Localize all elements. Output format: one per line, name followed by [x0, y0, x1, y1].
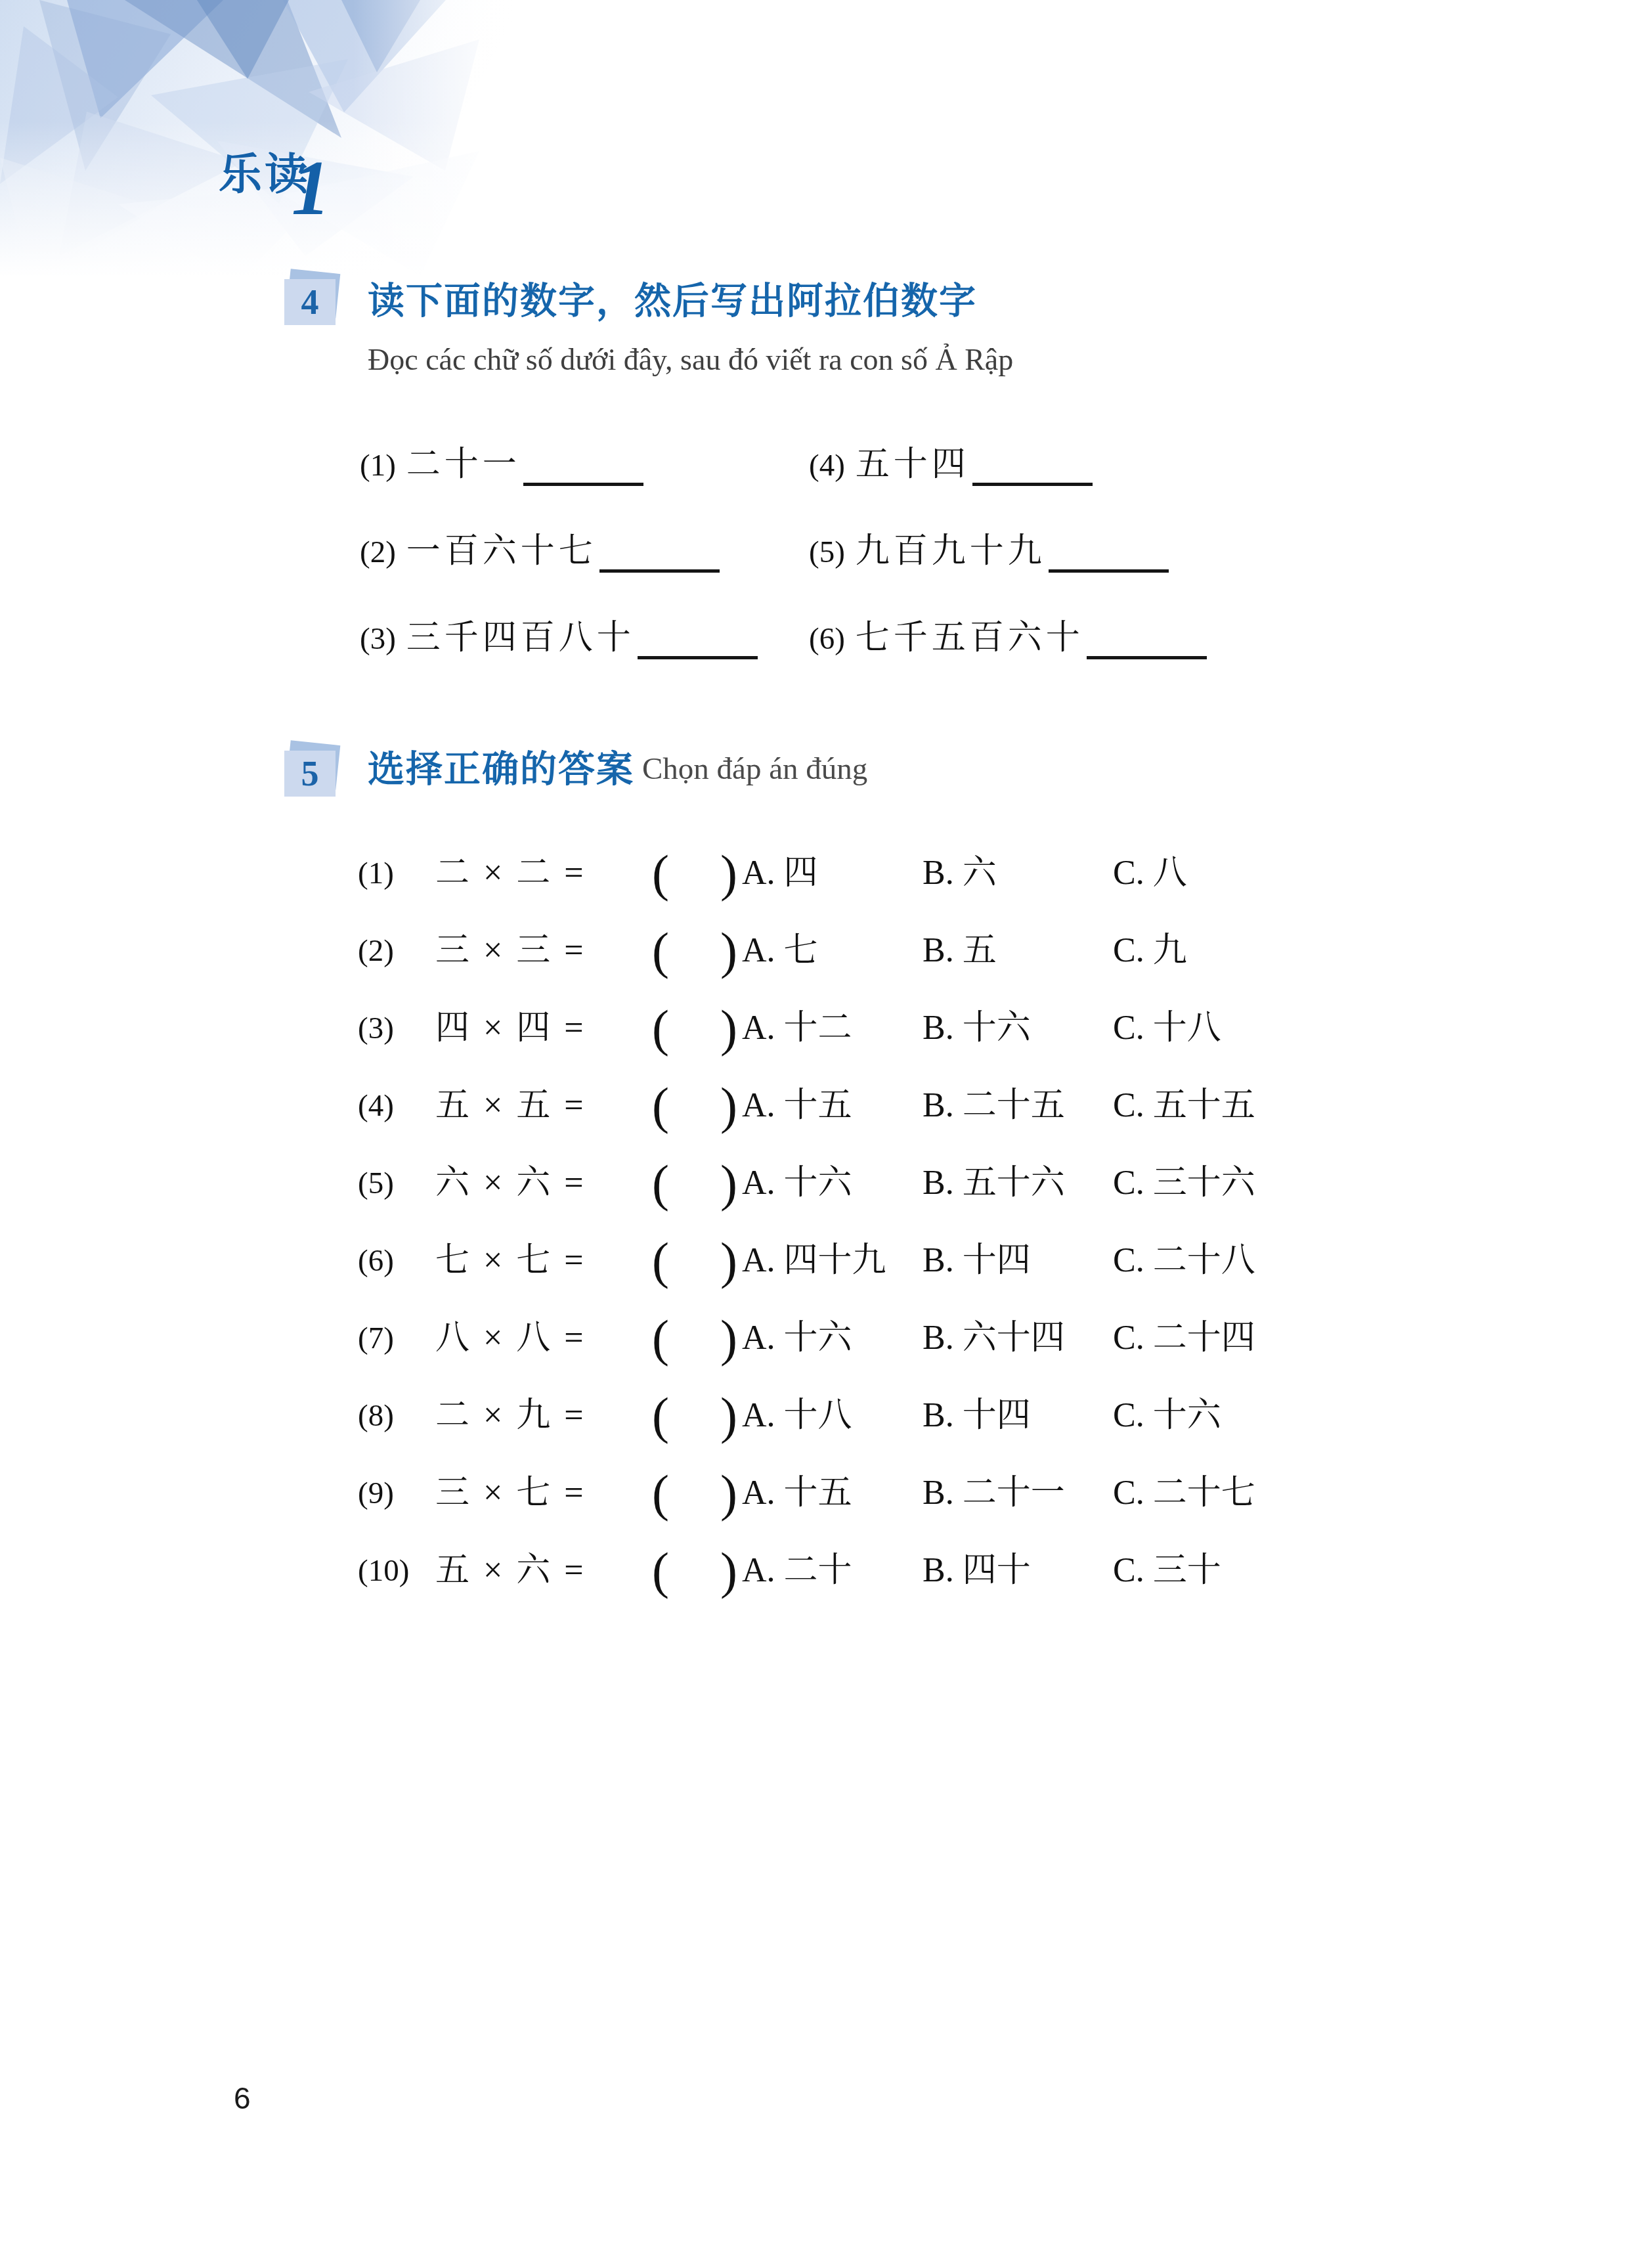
option-b: B. 十四 — [923, 1231, 1031, 1291]
question-number: (9) — [358, 1463, 394, 1524]
item-number: (5) — [809, 535, 845, 569]
exercise4-item: (2)一百六十七 — [360, 521, 720, 582]
exercise5-title-zh: 选择正确的答案 — [368, 736, 634, 802]
answer-blank — [1049, 563, 1169, 573]
item-chinese-number: 九百九十九 — [856, 533, 1046, 570]
option-b: B. 五 — [923, 921, 997, 981]
answer-parentheses: ( ) — [652, 1463, 737, 1524]
answer-blank — [972, 476, 1093, 486]
option-c: C. 九 — [1113, 921, 1187, 981]
question-row: (7) 八 × 八 = ( ) A. 十六 B. 六十四 C. 二十四 — [358, 1308, 1382, 1369]
answer-blank — [599, 563, 720, 573]
question-expression: 三 × 七 = — [435, 1463, 586, 1524]
item-chinese-number: 一百六十七 — [406, 533, 597, 570]
answer-parentheses: ( ) — [652, 1231, 737, 1291]
option-a: A. 四十九 — [742, 1231, 886, 1291]
option-b: B. 六 — [923, 843, 997, 904]
question-number: (4) — [358, 1076, 394, 1136]
exercise4-title-vi: Đọc các chữ số dưới đây, sau đó viết ra … — [368, 337, 1013, 383]
option-a: A. 十五 — [742, 1463, 852, 1524]
item-chinese-number: 三千四百八十 — [406, 619, 635, 657]
question-expression: 七 × 七 = — [435, 1231, 586, 1291]
question-number: (7) — [358, 1308, 394, 1369]
option-a: A. 十六 — [742, 1308, 852, 1369]
question-expression: 二 × 九 = — [435, 1386, 586, 1446]
question-expression: 八 × 八 = — [435, 1308, 586, 1369]
exercise5-title-vi: Chọn đáp án đúng — [642, 736, 867, 802]
question-row: (1) 二 × 二 = ( ) A. 四 B. 六 C. 八 — [358, 843, 1382, 904]
answer-parentheses: ( ) — [652, 843, 737, 904]
exercise4-item: (4)五十四 — [809, 435, 1093, 495]
option-c: C. 二十四 — [1113, 1308, 1255, 1369]
option-a: A. 十八 — [742, 1386, 852, 1446]
answer-parentheses: ( ) — [652, 998, 737, 1059]
option-b: B. 十六 — [923, 998, 1031, 1059]
question-row: (4) 五 × 五 = ( ) A. 十五 B. 二十五 C. 五十五 — [358, 1076, 1382, 1136]
question-number: (8) — [358, 1386, 394, 1446]
option-b: B. 十四 — [923, 1386, 1031, 1446]
answer-parentheses: ( ) — [652, 1308, 737, 1369]
question-row: (3) 四 × 四 = ( ) A. 十二 B. 十六 C. 十八 — [358, 998, 1382, 1059]
art-fade-right — [0, 0, 519, 289]
option-c: C. 二十八 — [1113, 1231, 1255, 1291]
exercise4-item: (6)七千五百六十 — [809, 608, 1207, 669]
item-chinese-number: 二十一 — [406, 446, 521, 483]
badge-front-square: 4 — [284, 279, 336, 325]
exercise4-title-zh: 读下面的数字，然后写出阿拉伯数字 — [368, 268, 977, 334]
question-number: (2) — [358, 921, 394, 981]
header-polygon-art — [0, 0, 519, 289]
answer-parentheses: ( ) — [652, 1541, 737, 1601]
option-c: C. 二十七 — [1113, 1463, 1255, 1524]
exercise4-item: (5)九百九十九 — [809, 521, 1169, 582]
exercise5-number-badge: 5 — [284, 751, 336, 797]
answer-parentheses: ( ) — [652, 1153, 737, 1214]
textbook-page: 乐读 1 4 读下面的数字，然后写出阿拉伯数字 Đọc các chữ số d… — [0, 0, 1652, 2265]
item-number: (6) — [809, 622, 845, 656]
question-expression: 六 × 六 = — [435, 1153, 586, 1214]
item-chinese-number: 七千五百六十 — [856, 619, 1084, 657]
page-number: 6 — [234, 2080, 251, 2116]
question-row: (10) 五 × 六 = ( ) A. 二十 B. 四十 C. 三十 — [358, 1541, 1382, 1601]
option-c: C. 十六 — [1113, 1386, 1221, 1446]
option-a: A. 十二 — [742, 998, 852, 1059]
item-number: (3) — [360, 622, 396, 656]
question-number: (6) — [358, 1231, 394, 1291]
exercise4-item: (3)三千四百八十 — [360, 608, 758, 669]
question-row: (5) 六 × 六 = ( ) A. 十六 B. 五十六 C. 三十六 — [358, 1153, 1382, 1214]
answer-parentheses: ( ) — [652, 1076, 737, 1136]
answer-parentheses: ( ) — [652, 1386, 737, 1446]
option-b: B. 二十一 — [923, 1463, 1065, 1524]
item-chinese-number: 五十四 — [856, 446, 970, 483]
answer-blank — [523, 476, 643, 486]
option-c: C. 五十五 — [1113, 1076, 1255, 1136]
question-number: (5) — [358, 1153, 394, 1214]
option-a: A. 十五 — [742, 1076, 852, 1136]
question-row: (8) 二 × 九 = ( ) A. 十八 B. 十四 C. 十六 — [358, 1386, 1382, 1446]
answer-blank — [638, 649, 758, 659]
item-number: (1) — [360, 449, 396, 483]
option-b: B. 五十六 — [923, 1153, 1065, 1214]
option-a: A. 四 — [742, 843, 818, 904]
option-c: C. 三十 — [1113, 1541, 1221, 1601]
exercise4-item: (1)二十一 — [360, 435, 643, 495]
option-a: A. 十六 — [742, 1153, 852, 1214]
question-row: (6) 七 × 七 = ( ) A. 四十九 B. 十四 C. 二十八 — [358, 1231, 1382, 1291]
question-number: (10) — [358, 1541, 409, 1601]
option-c: C. 八 — [1113, 843, 1187, 904]
series-logo-number: 1 — [292, 152, 330, 225]
question-number: (1) — [358, 843, 394, 904]
question-row: (2) 三 × 三 = ( ) A. 七 B. 五 C. 九 — [358, 921, 1382, 981]
item-number: (2) — [360, 535, 396, 569]
badge-front-square: 5 — [284, 751, 336, 797]
option-a: A. 七 — [742, 921, 818, 981]
question-row: (9) 三 × 七 = ( ) A. 十五 B. 二十一 C. 二十七 — [358, 1463, 1382, 1524]
question-expression: 五 × 五 = — [435, 1076, 586, 1136]
answer-parentheses: ( ) — [652, 921, 737, 981]
question-expression: 四 × 四 = — [435, 998, 586, 1059]
question-number: (3) — [358, 998, 394, 1059]
option-a: A. 二十 — [742, 1541, 852, 1601]
option-b: B. 六十四 — [923, 1308, 1065, 1369]
option-c: C. 三十六 — [1113, 1153, 1255, 1214]
question-expression: 五 × 六 = — [435, 1541, 586, 1601]
option-b: B. 二十五 — [923, 1076, 1065, 1136]
option-b: B. 四十 — [923, 1541, 1031, 1601]
option-c: C. 十八 — [1113, 998, 1221, 1059]
question-expression: 二 × 二 = — [435, 843, 586, 904]
item-number: (4) — [809, 449, 845, 483]
answer-blank — [1087, 649, 1207, 659]
question-expression: 三 × 三 = — [435, 921, 586, 981]
exercise4-number-badge: 4 — [284, 279, 336, 325]
